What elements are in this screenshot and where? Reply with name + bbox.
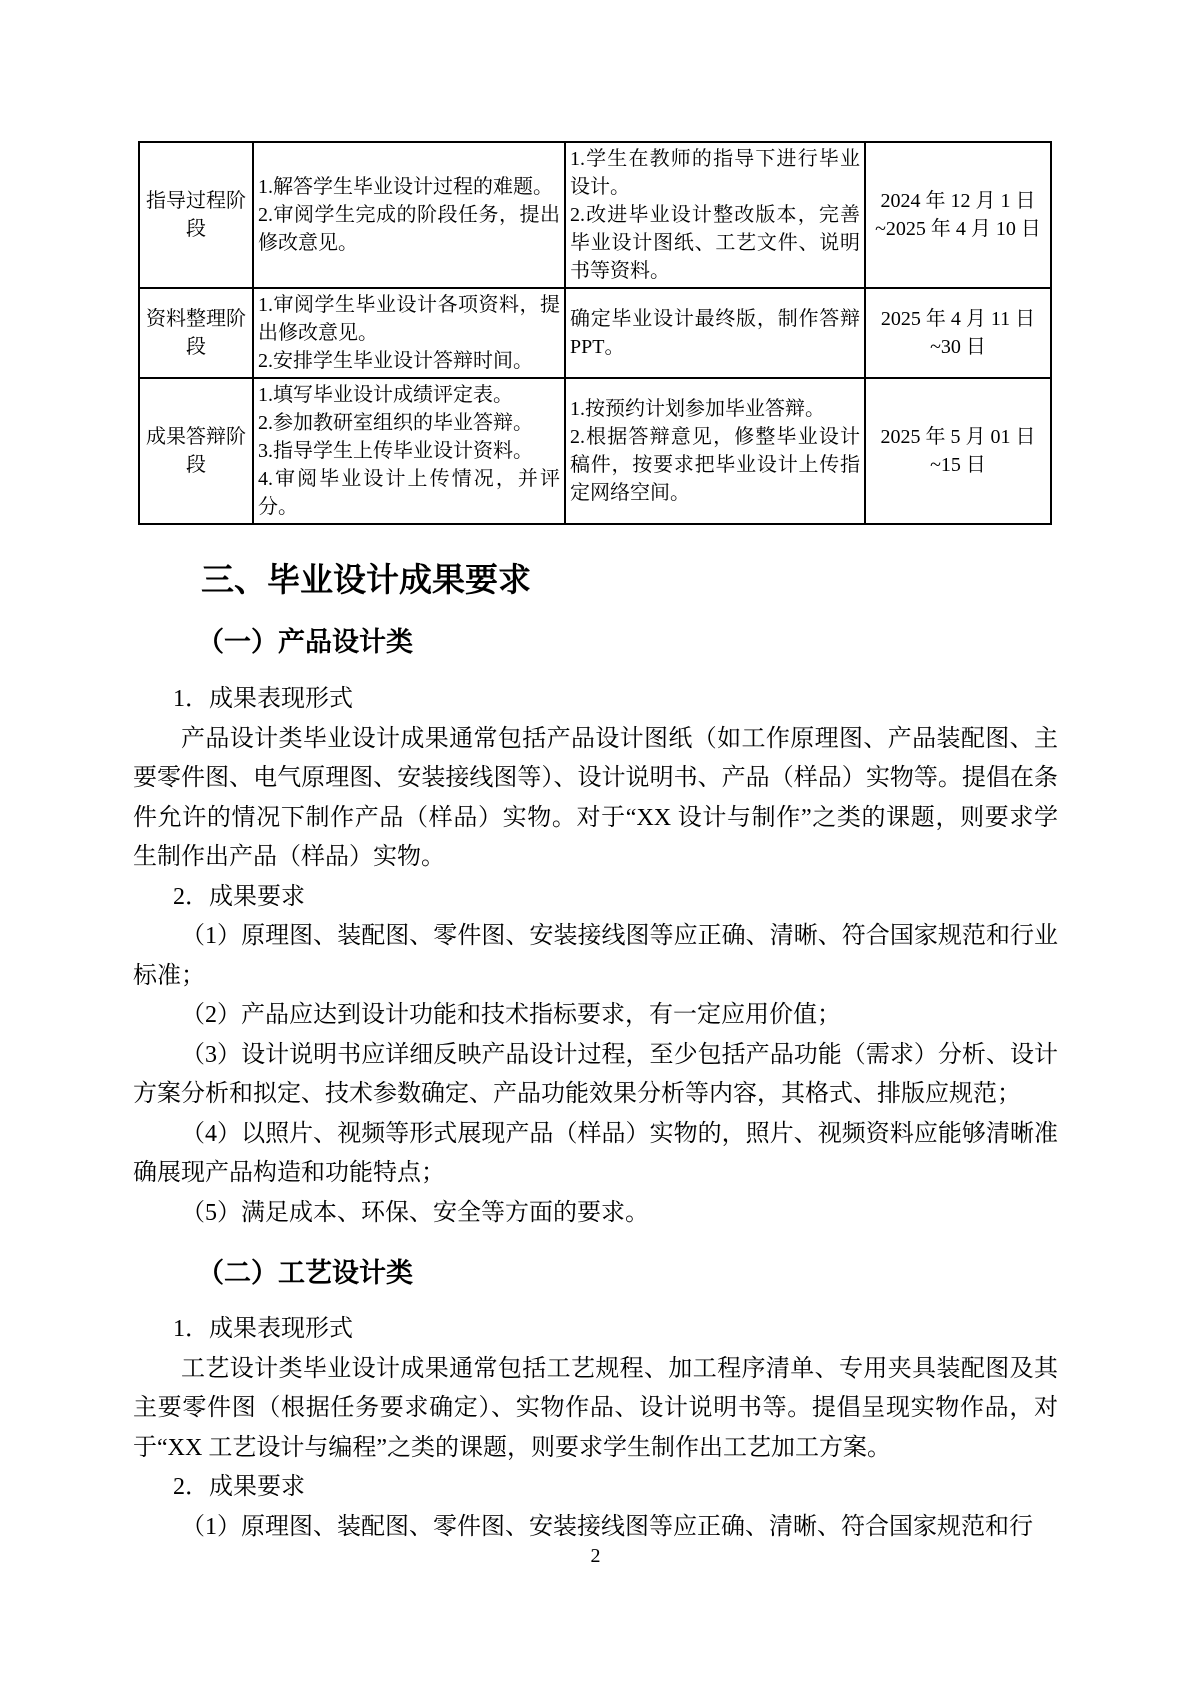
document-page: 指导过程阶段 1.解答学生毕业设计过程的难题。 2.审阅学生完成的阶段任务，提出… bbox=[0, 0, 1191, 1684]
item-heading-requirements: 2．成果要求 bbox=[133, 878, 1058, 918]
subsection-heading-process-design: （二）工艺设计类 bbox=[197, 1256, 1058, 1290]
student-tasks-cell: 1.按预约计划参加毕业答辩。 2.根据答辩意见，修整毕业设计稿件，按要求把毕业设… bbox=[565, 378, 865, 524]
subsection-heading-product-design: （一）产品设计类 bbox=[197, 625, 1058, 659]
student-tasks-cell: 确定毕业设计最终版，制作答辩PPT。 bbox=[565, 288, 865, 378]
item-heading-form: 1．成果表现形式 bbox=[133, 680, 1058, 720]
student-tasks-cell: 1.学生在教师的指导下进行毕业设计。 2.改进毕业设计整改版本，完善毕业设计图纸… bbox=[565, 142, 865, 288]
item-heading-form: 1．成果表现形式 bbox=[133, 1310, 1058, 1350]
table-row: 成果答辩阶段 1.填写毕业设计成绩评定表。 2.参加教研室组织的毕业答辩。 3.… bbox=[139, 378, 1051, 524]
section-heading-3: 三、毕业设计成果要求 bbox=[201, 559, 1058, 601]
period-cell: 2025 年 4 月 11 日 ~30 日 bbox=[865, 288, 1051, 378]
body-paragraph: 产品设计类毕业设计成果通常包括产品设计图纸（如工作原理图、产品装配图、主要零件图… bbox=[133, 720, 1058, 878]
page-number: 2 bbox=[0, 1542, 1191, 1570]
period-cell: 2024 年 12 月 1 日 ~2025 年 4 月 10 日 bbox=[865, 142, 1051, 288]
body-paragraph: 工艺设计类毕业设计成果通常包括工艺规程、加工程序清单、专用夹具装配图及其主要零件… bbox=[133, 1350, 1058, 1469]
requirement-paragraph: （3）设计说明书应详细反映产品设计过程，至少包括产品功能（需求）分析、设计方案分… bbox=[133, 1036, 1058, 1115]
stage-cell: 成果答辩阶段 bbox=[139, 378, 253, 524]
requirement-paragraph: （4）以照片、视频等形式展现产品（样品）实物的，照片、视频资料应能够清晰准确展现… bbox=[133, 1115, 1058, 1194]
teacher-duties-cell: 1.解答学生毕业设计过程的难题。 2.审阅学生完成的阶段任务，提出修改意见。 bbox=[253, 142, 565, 288]
stage-cell: 资料整理阶段 bbox=[139, 288, 253, 378]
requirement-paragraph: （1）原理图、装配图、零件图、安装接线图等应正确、清晰、符合国家规范和行业标准； bbox=[133, 917, 1058, 996]
period-cell: 2025 年 5 月 01 日 ~15 日 bbox=[865, 378, 1051, 524]
requirement-paragraph: （2）产品应达到设计功能和技术指标要求，有一定应用价值； bbox=[133, 996, 1058, 1036]
teacher-duties-cell: 1.审阅学生毕业设计各项资料，提出修改意见。 2.安排学生毕业设计答辩时间。 bbox=[253, 288, 565, 378]
item-heading-requirements: 2．成果要求 bbox=[133, 1468, 1058, 1508]
stage-cell: 指导过程阶段 bbox=[139, 142, 253, 288]
table-row: 资料整理阶段 1.审阅学生毕业设计各项资料，提出修改意见。 2.安排学生毕业设计… bbox=[139, 288, 1051, 378]
document-content: 指导过程阶段 1.解答学生毕业设计过程的难题。 2.审阅学生完成的阶段任务，提出… bbox=[133, 141, 1058, 1547]
schedule-table: 指导过程阶段 1.解答学生毕业设计过程的难题。 2.审阅学生完成的阶段任务，提出… bbox=[138, 141, 1052, 525]
table-row: 指导过程阶段 1.解答学生毕业设计过程的难题。 2.审阅学生完成的阶段任务，提出… bbox=[139, 142, 1051, 288]
teacher-duties-cell: 1.填写毕业设计成绩评定表。 2.参加教研室组织的毕业答辩。 3.指导学生上传毕… bbox=[253, 378, 565, 524]
requirement-paragraph: （5）满足成本、环保、安全等方面的要求。 bbox=[133, 1194, 1058, 1234]
